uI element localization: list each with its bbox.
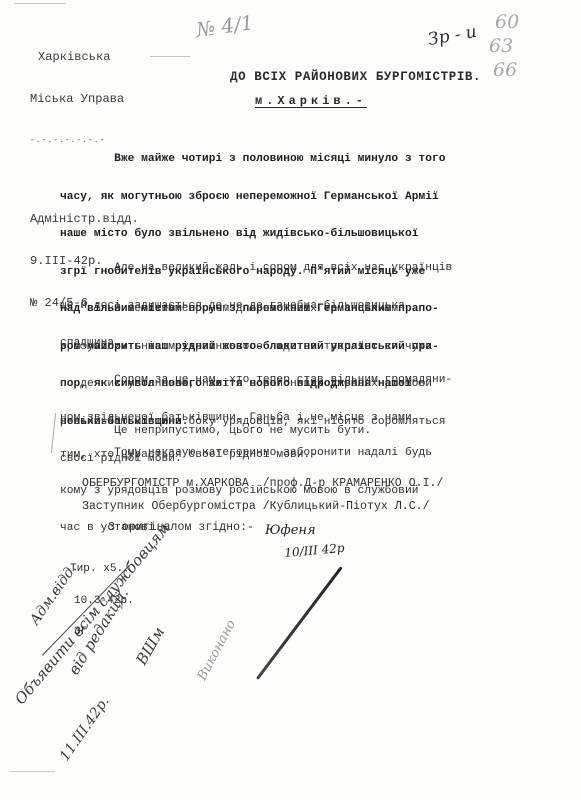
text-line: Вже майже чотирі з половиною місяці мину…: [60, 153, 446, 166]
handwritten-date-2: 11.ІІІ.42р.: [57, 694, 113, 764]
page-number: 60: [485, 10, 519, 34]
margin-mark: [51, 413, 56, 453]
org-name-line1: Харківська: [30, 50, 139, 64]
document-title: ДО ВСІХ РАЙОНОВИХ БУРГОМІСТРІВ.: [230, 71, 481, 84]
scan-artifact-line: [150, 56, 190, 57]
text-line: часу, як могутньою зброєю непереможної Г…: [60, 191, 446, 204]
handwritten-scrawl: Виконано: [195, 617, 239, 683]
document-page: Харківська Міська Управа -.-.-.-.-.-.- А…: [0, 0, 581, 800]
signature-deputy: Заступник Обербургомістра /Кублицький-Пі…: [82, 500, 430, 513]
page-number: 63: [485, 34, 519, 58]
org-name-line2: Міська Управа: [30, 92, 139, 106]
handwritten-reference: Зр - и: [427, 22, 479, 50]
signature-oberburgomaster: ОБЕРБУРГОМІСТР м.ХАРКОВА /проф.Д-р КРАМА…: [82, 477, 443, 490]
text-line: З великим соромом для нас всіх та з цілк…: [60, 303, 446, 316]
text-line: Але на великий жаль і сором для всіх нас…: [60, 262, 452, 275]
scan-artifact-line: [10, 771, 55, 772]
certified-copy-line: З оригіналом згідно:-: [108, 521, 254, 534]
document-city: м.Харків.-: [255, 95, 367, 108]
paragraph-6: Тому наказую категорично заборонити нада…: [60, 422, 432, 560]
handwritten-initials: ВШм: [132, 624, 168, 668]
pen-stroke: [256, 566, 342, 679]
page-number: 66: [485, 58, 519, 82]
text-line: Сором за це нам, хто тепер став вільним …: [60, 374, 452, 387]
text-line: Тому наказую категорично заборонити нада…: [60, 447, 432, 460]
handwritten-page-numbers: 60 63 66: [485, 10, 519, 82]
handwritten-registration-mark: № 4/1: [195, 10, 255, 42]
scan-artifact-line: [14, 3, 66, 4]
handwritten-certifier-signature: Юфеня: [265, 523, 316, 538]
